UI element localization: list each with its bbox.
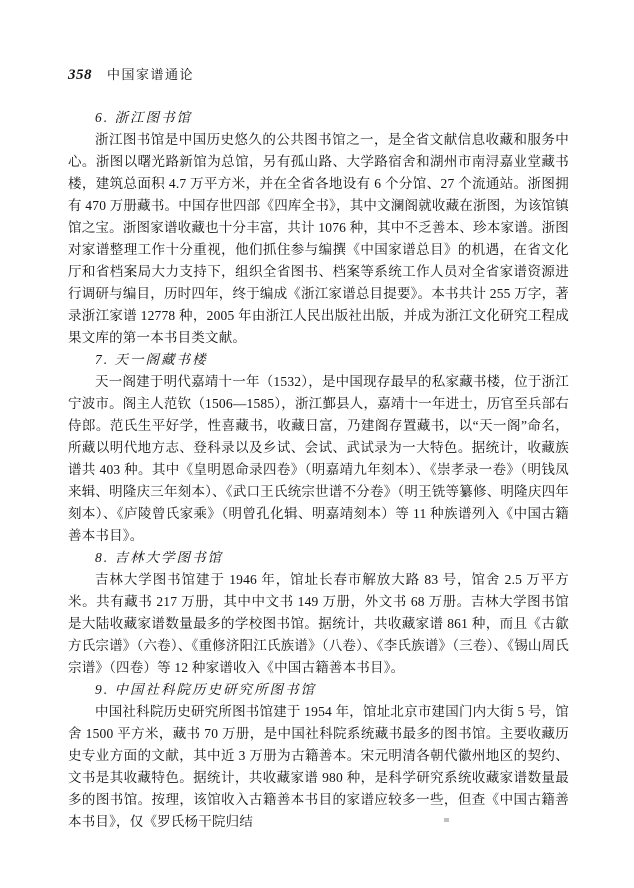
- book-title: 中国家谱通论: [107, 64, 194, 83]
- running-header: 358 中国家谱通论: [68, 64, 569, 86]
- section-heading: 8. 吉林大学图书馆: [68, 547, 569, 569]
- section-heading: 9. 中国社科院历史研究所图书馆: [68, 679, 569, 701]
- section-heading: 6. 浙江图书馆: [68, 107, 569, 129]
- body-text-block: 6. 浙江图书馆 浙江图书馆是中国历史悠久的公共图书馆之一，是全省文献信息收藏和…: [68, 107, 569, 833]
- section-paragraph: 吉林大学图书馆建于 1946 年，馆址长春市解放大路 83 号，馆舍 2.5 万…: [68, 569, 569, 679]
- section-paragraph: 浙江图书馆是中国历史悠久的公共图书馆之一，是全省文献信息收藏和服务中心。浙图以曙…: [68, 129, 569, 349]
- section-jilin-university-library: 8. 吉林大学图书馆 吉林大学图书馆建于 1946 年，馆址长春市解放大路 83…: [68, 547, 569, 679]
- section-zhejiang-library: 6. 浙江图书馆 浙江图书馆是中国历史悠久的公共图书馆之一，是全省文献信息收藏和…: [68, 107, 569, 349]
- section-cass-history-institute-library: 9. 中国社科院历史研究所图书馆 中国社科院历史研究所图书馆建于 1954 年，…: [68, 679, 569, 833]
- section-tianyige: 7. 天一阁藏书楼 天一阁建于明代嘉靖十一年（1532），是中国现存最早的私家藏…: [68, 349, 569, 547]
- section-heading: 7. 天一阁藏书楼: [68, 349, 569, 371]
- page-content: 358 中国家谱通论 6. 浙江图书馆 浙江图书馆是中国历史悠久的公共图书馆之一…: [68, 64, 569, 833]
- section-paragraph: 天一阁建于明代嘉靖十一年（1532），是中国现存最早的私家藏书楼，位于浙江宁波市…: [68, 371, 569, 547]
- scan-artifact-speck: [444, 818, 449, 822]
- book-page: 358 中国家谱通论 6. 浙江图书馆 浙江图书馆是中国历史悠久的公共图书馆之一…: [0, 0, 634, 888]
- section-paragraph: 中国社科院历史研究所图书馆建于 1954 年，馆址北京市建国门内大街 5 号，馆…: [68, 701, 569, 833]
- page-number: 358: [68, 67, 92, 84]
